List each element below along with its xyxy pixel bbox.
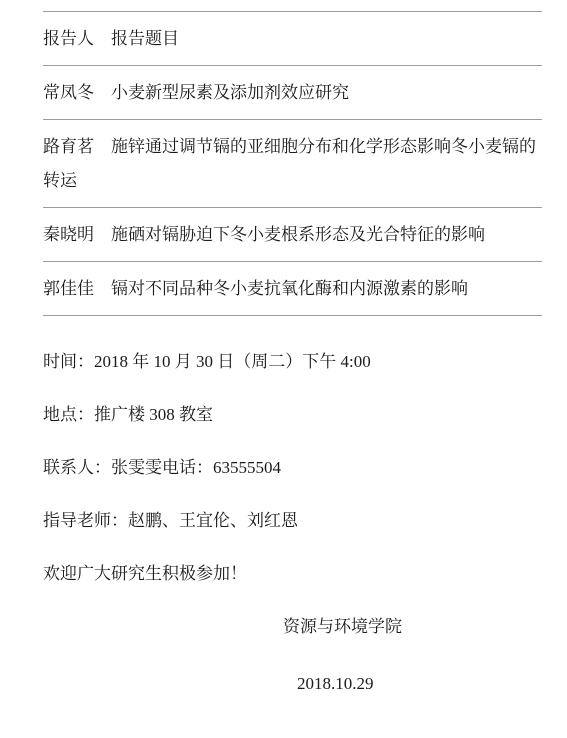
presenter-header-cell: 报告人: [43, 29, 94, 48]
presenter-cell: 路育茗: [43, 137, 94, 156]
table-row: 秦晓明施硒对镉胁迫下冬小麦根系形态及光合特征的影响: [43, 207, 542, 261]
event-details: 时间：2018 年 10 月 30 日（周二）下午 4:00 地点：推广楼 30…: [43, 345, 542, 591]
title-cell: 施硒对镉胁迫下冬小麦根系形态及光合特征的影响: [111, 225, 485, 244]
announcement-content: 报告人报告题目 常凤冬小麦新型尿素及添加剂效应研究 路育茗施锌通过调节镉的亚细胞…: [43, 11, 542, 701]
report-table: 报告人报告题目 常凤冬小麦新型尿素及添加剂效应研究 路育茗施锌通过调节镉的亚细胞…: [43, 11, 542, 316]
welcome-message: 欢迎广大研究生积极参加！: [43, 557, 542, 591]
title-header-cell: 报告题目: [111, 29, 179, 48]
table-header-row: 报告人报告题目: [43, 11, 542, 65]
event-advisors: 指导老师：赵鹏、王宜伦、刘红恩: [43, 504, 542, 538]
presenter-cell: 郭佳佳: [43, 279, 94, 298]
table-row: 路育茗施锌通过调节镉的亚细胞分布和化学形态影响冬小麦镉的转运: [43, 119, 542, 207]
title-cell: 镉对不同品种冬小麦抗氧化酶和内源激素的影响: [111, 279, 468, 298]
signature-organization: 资源与环境学院: [43, 610, 542, 644]
event-time: 时间：2018 年 10 月 30 日（周二）下午 4:00: [43, 345, 542, 379]
signature-date: 2018.10.29: [43, 667, 542, 701]
table-row: 郭佳佳镉对不同品种冬小麦抗氧化酶和内源激素的影响: [43, 261, 542, 315]
presenter-cell: 常凤冬: [43, 83, 94, 102]
announcement-page: 报告人报告题目 常凤冬小麦新型尿素及添加剂效应研究 路育茗施锌通过调节镉的亚细胞…: [0, 0, 567, 738]
table-row: 常凤冬小麦新型尿素及添加剂效应研究: [43, 65, 542, 119]
title-cell: 小麦新型尿素及添加剂效应研究: [111, 83, 349, 102]
event-contact: 联系人：张雯雯电话：63555504: [43, 451, 542, 485]
title-cell: 施锌通过调节镉的亚细胞分布和化学形态影响冬小麦镉的转运: [43, 137, 536, 190]
event-location: 地点：推广楼 308 教室: [43, 398, 542, 432]
presenter-cell: 秦晓明: [43, 225, 94, 244]
